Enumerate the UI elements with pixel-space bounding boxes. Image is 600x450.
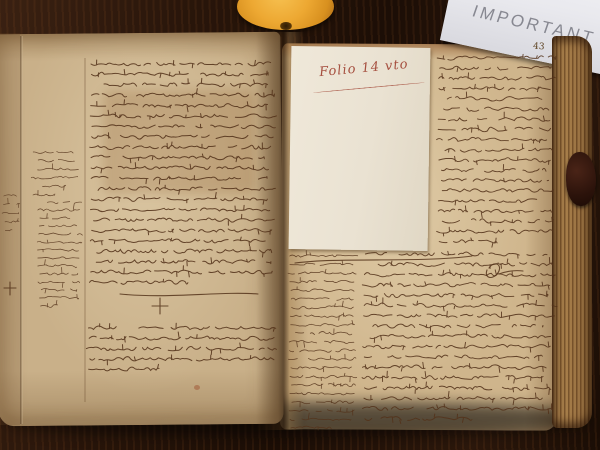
wooden-table-photo: IMPORTANT 43 Folio 14 vto: [0, 0, 600, 450]
stain-dot: [194, 385, 200, 390]
ink-show-through-stain: [103, 90, 255, 194]
orange-fruit: [237, 0, 334, 30]
folio-slip-underline: [313, 82, 425, 93]
folio-slip: Folio 14 vto: [289, 46, 431, 251]
under-page-edge: [0, 33, 20, 425]
leather-clasp: [566, 152, 596, 206]
left-page-fold-crease: [20, 36, 23, 424]
left-margin-crease: [84, 58, 86, 402]
page-number: 43: [533, 42, 545, 53]
book-fore-edge: [552, 36, 592, 428]
folio-slip-text: Folio 14 vto: [319, 57, 409, 80]
